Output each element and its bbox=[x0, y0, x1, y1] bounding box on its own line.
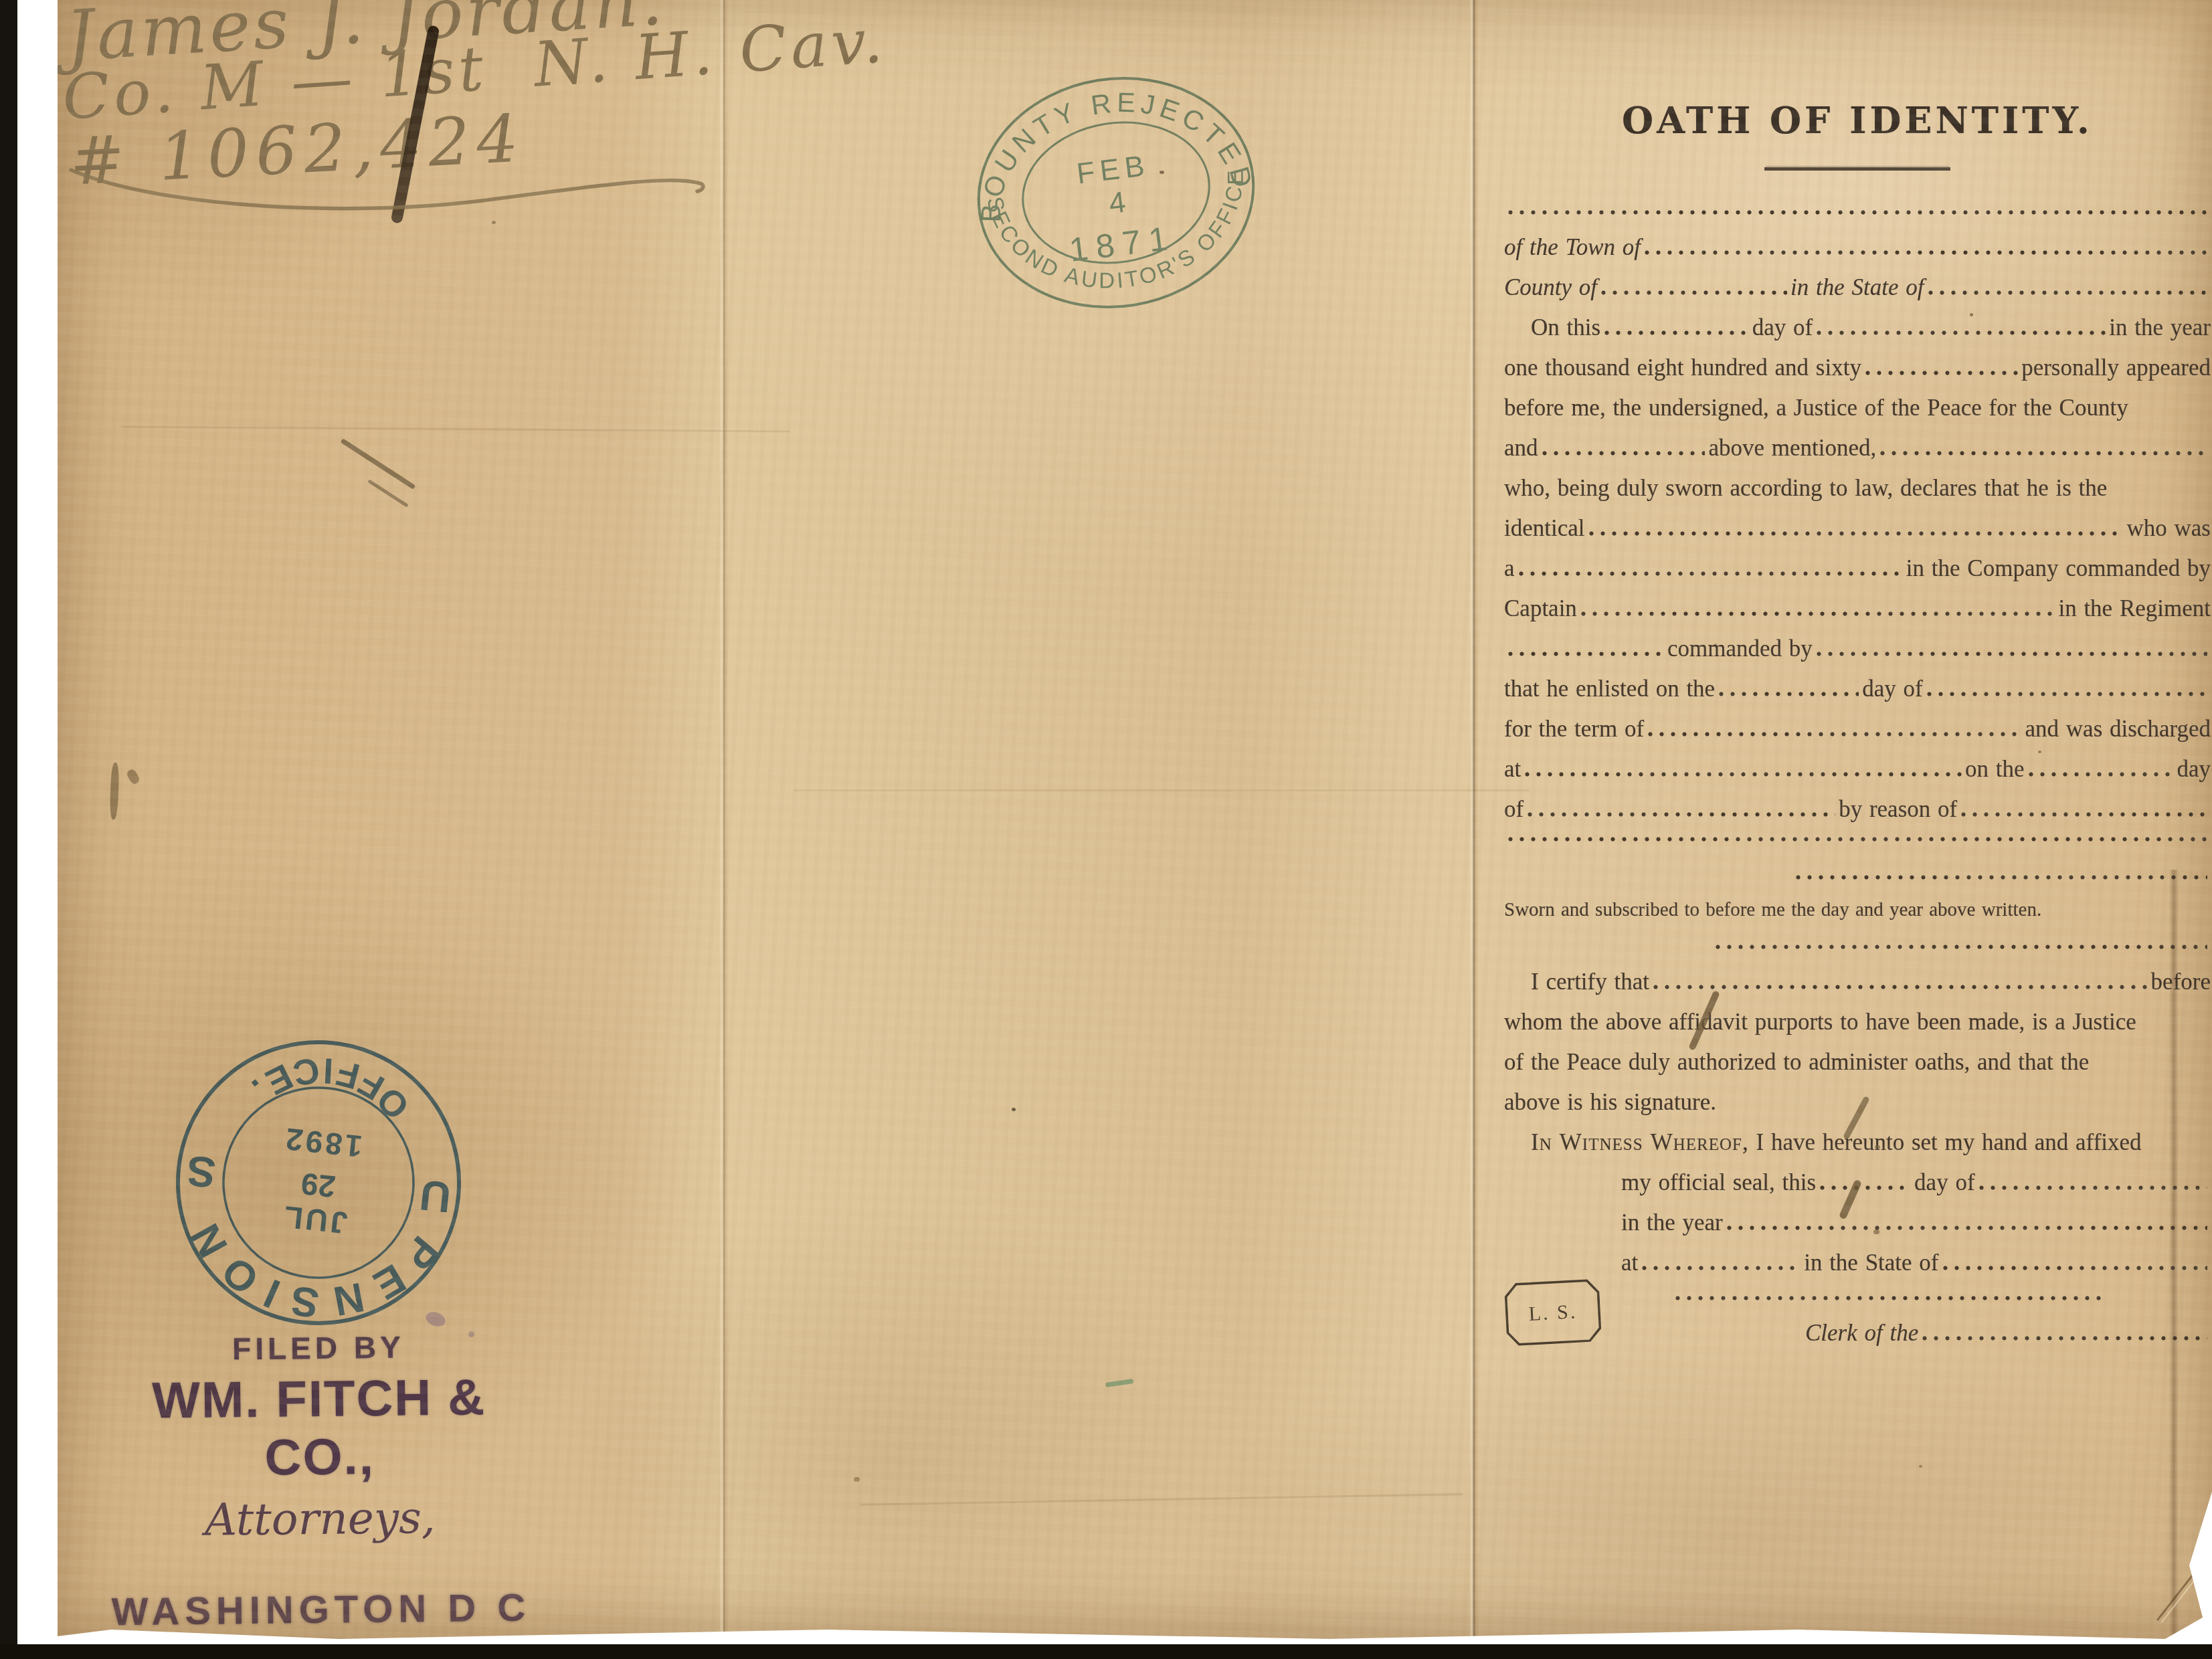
form-text: before bbox=[2151, 969, 2211, 995]
dotted-leader bbox=[1527, 811, 1835, 817]
form-text: on the bbox=[1965, 756, 2025, 783]
dotted-leader bbox=[1795, 874, 2207, 880]
form-line: I certify thatbefore bbox=[1504, 969, 2211, 995]
form-line: of the Peace duly authorized to administ… bbox=[1504, 1049, 2211, 1076]
pension-office-stamp: PENSION OFFICE. U S JUL 29 1892 bbox=[166, 1029, 471, 1337]
dotted-leader bbox=[2028, 771, 2174, 777]
form-line: in the year bbox=[1504, 1209, 2211, 1236]
form-line: before me, the undersigned, a Justice of… bbox=[1504, 395, 2211, 421]
form-line: identicalwho was bbox=[1504, 515, 2211, 542]
form-line bbox=[1504, 1295, 2211, 1306]
form-text: a bbox=[1504, 555, 1515, 582]
form-line bbox=[1504, 836, 2211, 848]
dotted-leader bbox=[1644, 250, 2207, 256]
form-text: who, being duly sworn according to law, … bbox=[1504, 475, 2107, 502]
dotted-leader bbox=[1600, 290, 1787, 296]
form-line: who, being duly sworn according to law, … bbox=[1504, 475, 2211, 502]
paper-sheet: James J. Jordan. Co. M — 1st N. H. Cav. … bbox=[58, 0, 2212, 1643]
form-text: and was discharged bbox=[2025, 716, 2211, 743]
flourish-underline bbox=[67, 159, 709, 219]
form-text: by reason of bbox=[1839, 796, 1957, 823]
attorney-firm-name: WM. FITCH & CO., bbox=[104, 1368, 534, 1489]
pension-stamp-letter-s: S bbox=[185, 1147, 218, 1197]
filed-by-stamp: FILED BY WM. FITCH & CO., Attorneys, WAS… bbox=[104, 1328, 536, 1635]
dotted-leader bbox=[1865, 370, 2018, 376]
notary-seal-box: L. S. bbox=[1498, 1272, 1608, 1353]
form-text: one thousand eight hundred and sixty bbox=[1504, 355, 1861, 381]
ink-dot bbox=[1875, 1145, 1880, 1149]
form-text: for the term of bbox=[1504, 716, 1644, 743]
form-line: of the Town of bbox=[1504, 234, 2211, 261]
form-line: that he enlisted on theday of bbox=[1504, 676, 2211, 702]
form-text: Captain bbox=[1504, 595, 1577, 622]
pension-stamp-day: 29 bbox=[299, 1166, 337, 1204]
form-text: my official seal, this bbox=[1621, 1169, 1816, 1196]
filed-by-line: FILED BY bbox=[104, 1328, 533, 1369]
dotted-leader bbox=[1518, 571, 1903, 577]
washington-dc-label: WASHINGTON D C bbox=[107, 1585, 536, 1635]
form-line bbox=[1504, 944, 2211, 955]
form-line bbox=[1504, 209, 2211, 221]
scanner-edge-bottom bbox=[0, 1644, 2212, 1659]
form-text: in the Company commanded by bbox=[1906, 555, 2211, 582]
form-text: of the Peace duly authorized to administ… bbox=[1504, 1049, 2089, 1076]
dotted-leader bbox=[1926, 691, 2207, 697]
form-text: Clerk of the bbox=[1805, 1320, 1918, 1347]
form-line: Sworn and subscribed to before me the da… bbox=[1504, 899, 2211, 921]
dotted-leader bbox=[1647, 731, 2021, 737]
form-line bbox=[1504, 874, 2211, 886]
form-line: one thousand eight hundred and sixtypers… bbox=[1504, 355, 2211, 381]
dotted-leader bbox=[1675, 1295, 2107, 1301]
form-text: in the year bbox=[1621, 1209, 1723, 1236]
form-text: day bbox=[2177, 756, 2211, 783]
form-text: day of bbox=[1752, 314, 1813, 341]
dotted-leader bbox=[1542, 450, 1706, 456]
dotted-leader bbox=[1718, 691, 1859, 697]
form-text: that he enlisted on the bbox=[1504, 676, 1715, 702]
dotted-leader bbox=[1726, 1225, 2207, 1231]
dotted-leader bbox=[1580, 611, 2055, 617]
dotted-leader bbox=[1816, 330, 2106, 336]
dotted-leader bbox=[1715, 944, 2207, 950]
form-text: in the Regiment bbox=[2058, 595, 2211, 622]
form-text: On this bbox=[1531, 314, 1600, 341]
form-text: and bbox=[1504, 435, 1538, 462]
form-text: at bbox=[1621, 1250, 1638, 1276]
form-text: of the Town of bbox=[1504, 234, 1641, 261]
dotted-leader bbox=[1960, 811, 2207, 817]
form-text: I have hereunto set my hand and affixed bbox=[1749, 1129, 2142, 1156]
dotted-leader bbox=[1978, 1185, 2207, 1191]
dotted-leader bbox=[1524, 771, 1962, 777]
form-line: County ofin the State of bbox=[1504, 274, 2211, 301]
form-line: Clerk of the bbox=[1504, 1320, 2211, 1347]
oval-stamp-month: FEB bbox=[1075, 149, 1151, 191]
dotted-leader bbox=[1653, 984, 2148, 990]
form-text: who was bbox=[2127, 515, 2211, 542]
form-line: whom the above affidavit purports to hav… bbox=[1504, 1009, 2211, 1036]
form-text: in the State of bbox=[1790, 274, 1924, 301]
form-text: Sworn and subscribed to before me the da… bbox=[1504, 899, 2041, 921]
form-line: In Witness Whereof, I have hereunto set … bbox=[1504, 1129, 2211, 1156]
dotted-leader bbox=[1507, 209, 2207, 215]
dotted-leader bbox=[1588, 530, 2124, 536]
form-text: identical bbox=[1504, 515, 1585, 542]
dotted-leader bbox=[1507, 651, 1664, 657]
form-line: commanded by bbox=[1504, 636, 2211, 662]
title-rule bbox=[1764, 167, 1950, 171]
dotted-leader bbox=[1879, 450, 2207, 456]
ink-dot bbox=[1873, 1230, 1879, 1234]
dotted-leader bbox=[1819, 1185, 1911, 1191]
form-text: in the year bbox=[2109, 314, 2211, 341]
form-text: In Witness Whereof, bbox=[1531, 1129, 1749, 1156]
form-line: On thisday ofin the year bbox=[1504, 314, 2211, 341]
form-title: OATH OF IDENTITY. bbox=[1504, 99, 2211, 142]
form-line: atin the State of bbox=[1504, 1250, 2211, 1276]
form-text: above is his signature. bbox=[1504, 1089, 1716, 1116]
pension-stamp-year: 1892 bbox=[282, 1121, 364, 1164]
form-line: for the term ofand was discharged bbox=[1504, 716, 2211, 743]
form-text: County of bbox=[1504, 274, 1597, 301]
oath-form: OATH OF IDENTITY. of the Town ofCounty o… bbox=[1504, 0, 2211, 1360]
dotted-leader bbox=[1641, 1265, 1801, 1271]
form-line: ain the Company commanded by bbox=[1504, 555, 2211, 582]
seal-label: L. S. bbox=[1528, 1300, 1578, 1325]
form-text: of bbox=[1504, 796, 1524, 823]
form-text: before me, the undersigned, a Justice of… bbox=[1504, 395, 2128, 421]
dotted-leader bbox=[1942, 1265, 2207, 1271]
form-text: day of bbox=[1862, 676, 1922, 702]
form-text: whom the above affidavit purports to hav… bbox=[1504, 1009, 2136, 1036]
form-line: ofby reason of bbox=[1504, 796, 2211, 823]
dotted-leader bbox=[1604, 330, 1749, 336]
oval-stamp-day: 4 bbox=[1107, 186, 1127, 221]
pension-stamp-letter-u: U bbox=[418, 1171, 453, 1222]
dotted-leader bbox=[1922, 1335, 2207, 1341]
form-line: andabove mentioned, bbox=[1504, 435, 2211, 462]
form-text: above mentioned, bbox=[1708, 435, 1876, 462]
dotted-leader bbox=[1816, 651, 2207, 657]
form-line: Captainin the Regiment bbox=[1504, 595, 2211, 622]
form-text: commanded by bbox=[1667, 636, 1813, 662]
form-text: in the State of bbox=[1804, 1250, 1938, 1276]
attorneys-label: Attorneys, bbox=[106, 1491, 535, 1547]
form-text: personally appeared bbox=[2021, 355, 2211, 381]
form-text: I certify that bbox=[1531, 969, 1649, 995]
pension-stamp-month: JUL bbox=[280, 1199, 349, 1241]
dotted-leader bbox=[1507, 836, 2207, 842]
bounty-rejected-stamp: BOUNTY REJECTED SECOND AUDITOR'S OFFICE … bbox=[950, 47, 1281, 338]
dotted-leader bbox=[1928, 290, 2207, 296]
form-text: day of bbox=[1914, 1169, 1974, 1196]
form-lines: of the Town ofCounty ofin the State ofOn… bbox=[1504, 209, 2211, 1347]
form-text: at bbox=[1504, 756, 1521, 783]
form-line: aton theday bbox=[1504, 756, 2211, 783]
scanner-edge-left bbox=[0, 0, 17, 1659]
